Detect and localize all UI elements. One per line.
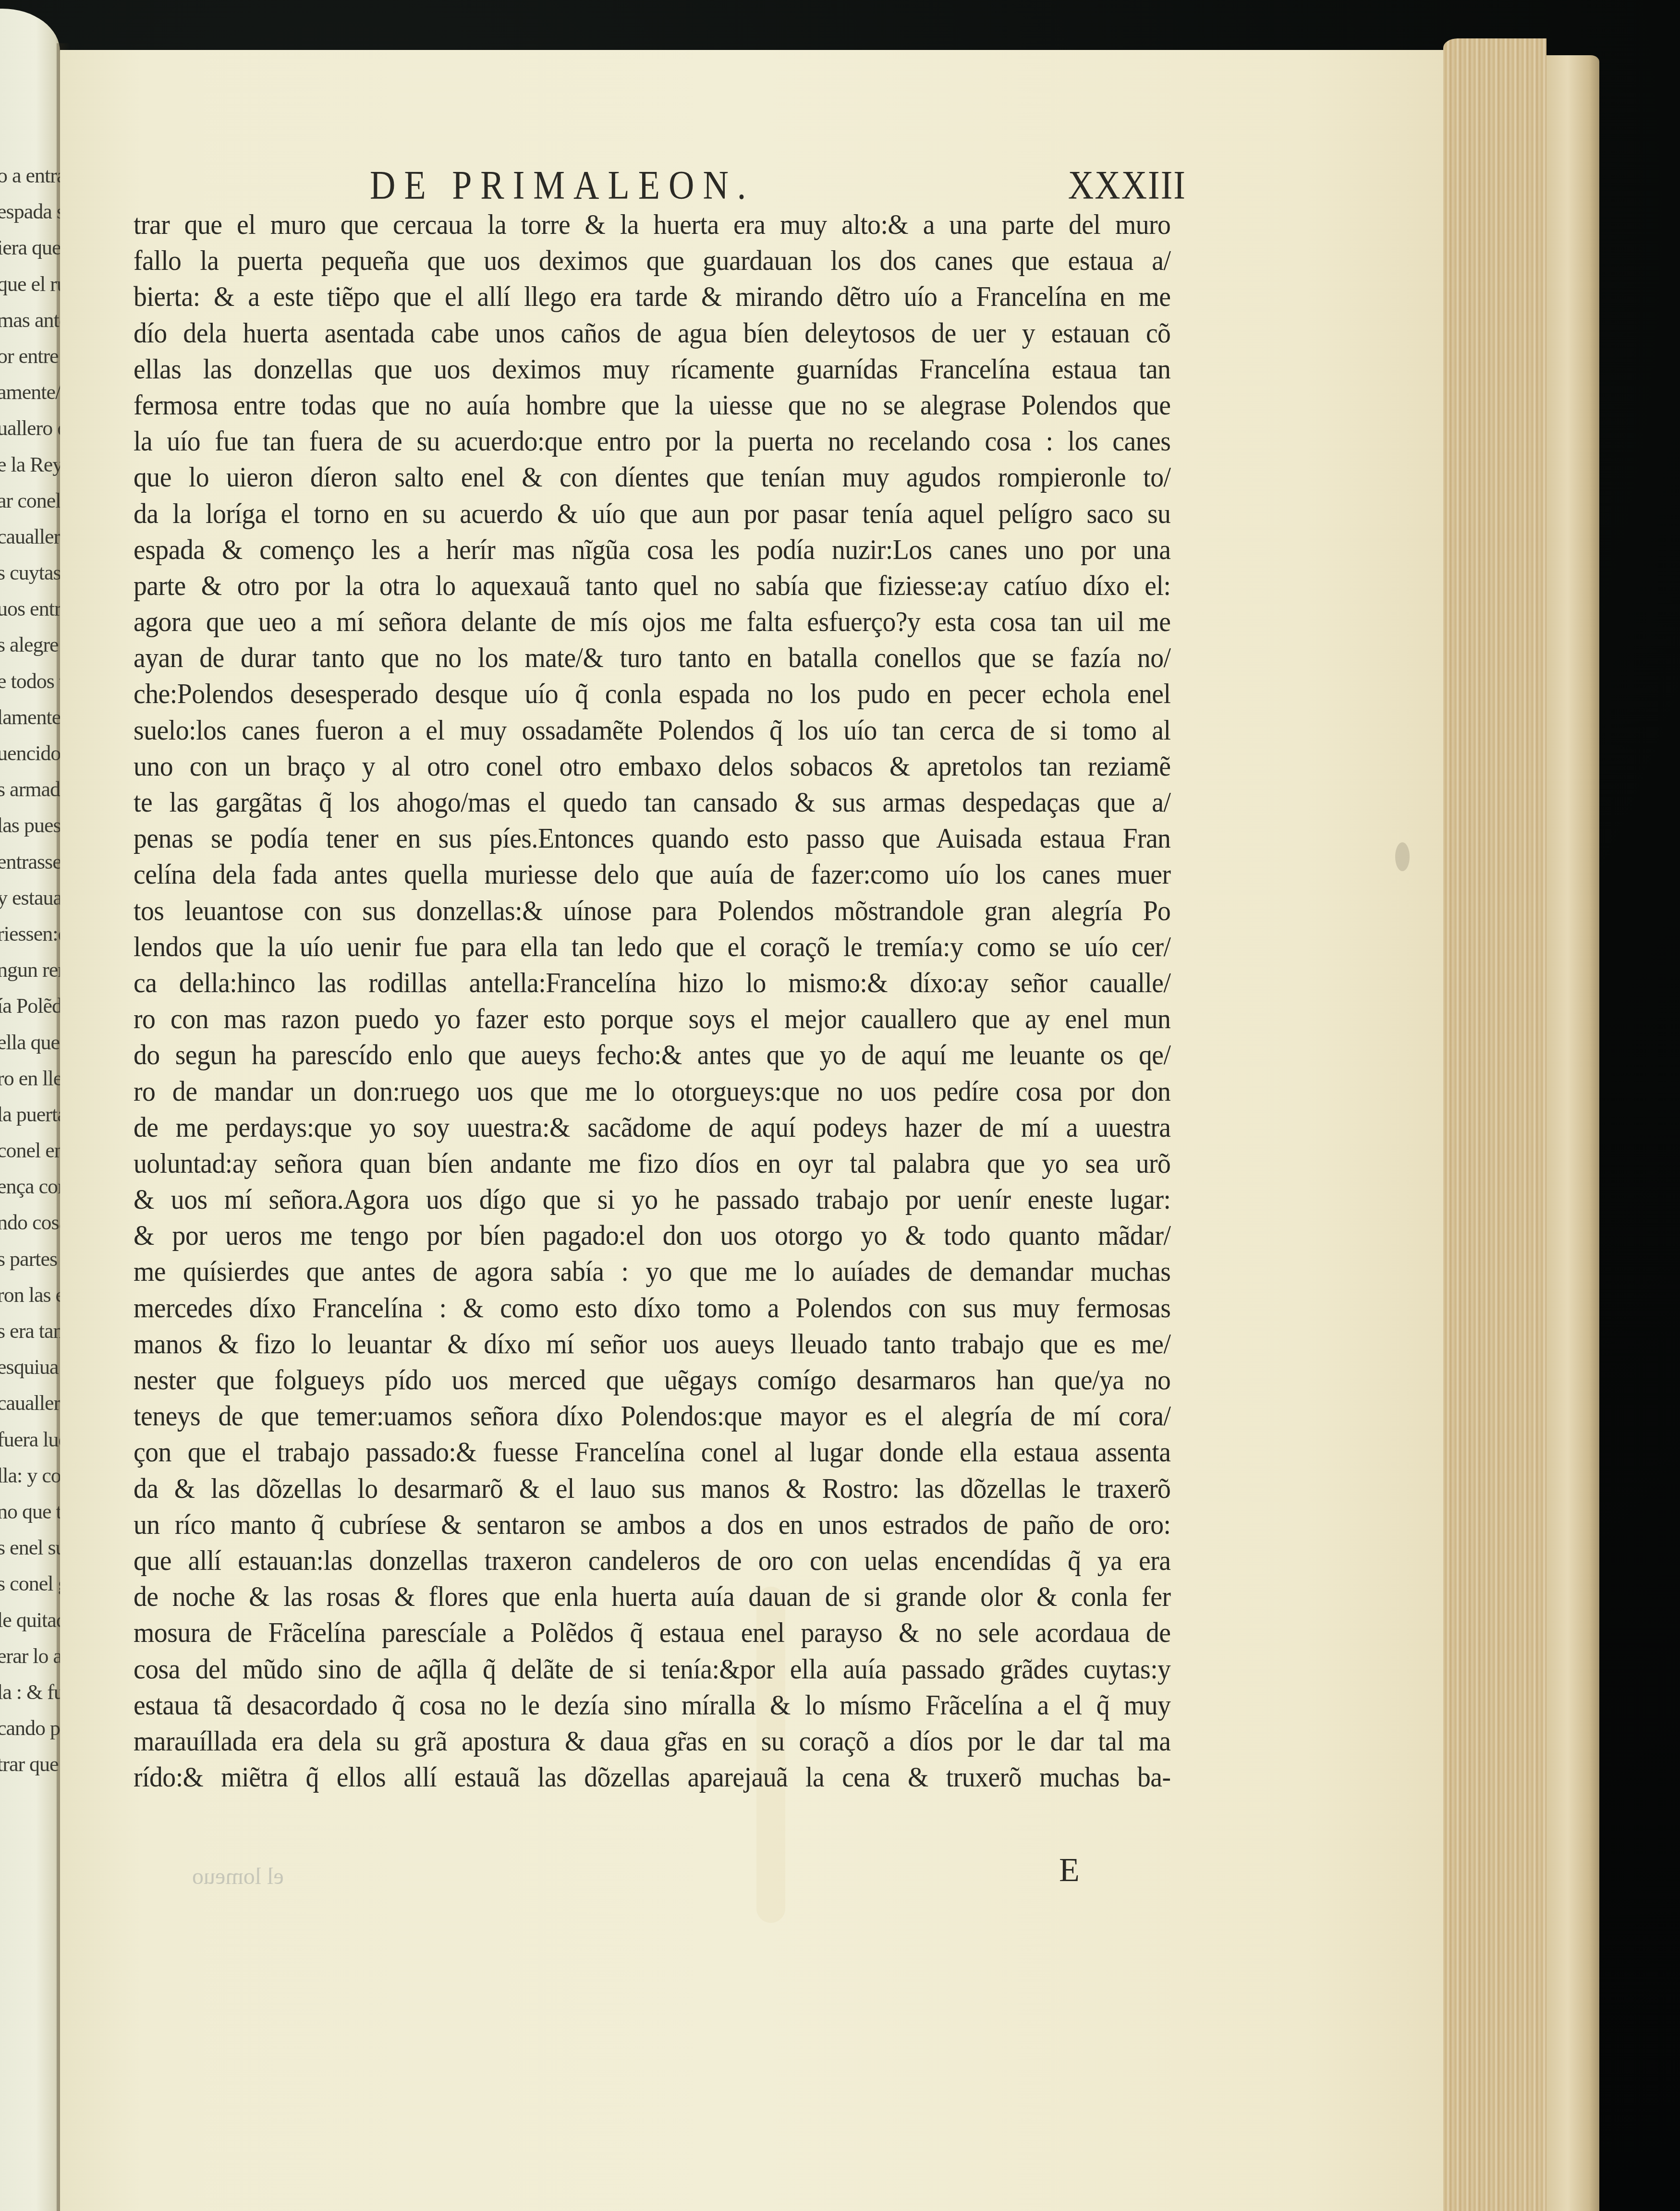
left-page-line-fragment: entrasse por ella: [0, 844, 60, 880]
left-page-line-fragment: que el ruydo q: [0, 266, 60, 302]
left-page-line-fragment: or entre las pa: [0, 338, 60, 374]
left-page-line-fragment: cauallero como: [0, 519, 60, 555]
left-page-line-fragment: ngun remedio:: [0, 952, 60, 988]
left-page-line-fragment: s alegre sereys p: [0, 627, 60, 663]
left-page-line-fragment: caualleros que: [0, 1385, 60, 1421]
left-page-line-fragment: s cuytas seria: [0, 555, 60, 591]
left-page-line-fragment: ron las espadas: [0, 1277, 60, 1313]
left-page-line-fragment: conel en tierra: [0, 1132, 60, 1168]
running-head: DE PRIMALEON. XXXIII: [370, 162, 1186, 206]
left-page-line-fragment: ar conel llorand: [0, 483, 60, 519]
left-page-line-fragment: fuera luego des: [0, 1421, 60, 1458]
left-page-line-fragment: cando por do e: [0, 1710, 60, 1746]
left-page-line-fragment: ndo cosa ningu: [0, 1204, 60, 1240]
text-line: teneys de que temer:uamos señora díxo Po…: [134, 1398, 1170, 1434]
running-title: DE PRIMALEON.: [370, 162, 755, 209]
left-page-line-fragment: uallero despue: [0, 410, 60, 446]
left-page-line-fragment: uos entraeros a: [0, 591, 60, 627]
text-line: celína dela fada antes quella muriesse d…: [134, 856, 1170, 892]
text-line: que allí estauan:las donzellas traxeron …: [134, 1543, 1170, 1579]
left-page-line-fragment: riessen:dudo m: [0, 916, 60, 952]
text-line: ca della:hinco las rodillas antella:Fran…: [134, 965, 1170, 1001]
text-line: espada & començo les a herír mas nĩgũa c…: [134, 532, 1170, 568]
text-line: penas se podía tener en sus píes.Entonce…: [134, 820, 1170, 856]
left-page-line-fragment: las puestas en: [0, 807, 60, 843]
text-line: bierta: & a este tiẽpo que el allí llego…: [134, 279, 1170, 315]
left-page-line-fragment: espada sacada:: [0, 194, 60, 230]
show-through-text: el lomeuo: [192, 1863, 284, 1890]
text-line: manos & fizo lo leuantar & díxo mí señor…: [134, 1326, 1170, 1362]
left-page-line-fragment: o a entrar por l: [0, 158, 60, 194]
left-page-line-fragment: iera que ellas: [0, 230, 60, 266]
text-line: un ríco manto q̃ cubríese & sentaron se …: [134, 1506, 1170, 1543]
text-line: de me perdays:que yo soy uuestra:& sacãd…: [134, 1109, 1170, 1145]
text-line: rído:& miẽtra q̃ ellos allí estauã las d…: [134, 1759, 1170, 1795]
text-line: suelo:los canes fueron a el muy ossadamẽ…: [134, 712, 1170, 748]
left-page-line-fragment: trar que: [0, 1746, 60, 1782]
text-line: & por ueros me tengo por bíen pagado:el …: [134, 1217, 1170, 1253]
left-page-line-fragment: amente/muy l: [0, 374, 60, 410]
text-line: ellas las donzellas que uos deximos muy …: [134, 351, 1170, 387]
text-line: fallo la puerta pequeña que uos deximos …: [134, 243, 1170, 279]
left-page-edge: o a entrar por lespada sacada:iera que e…: [0, 9, 60, 2211]
text-line: marauíllada era dela su grã apostura & d…: [134, 1723, 1170, 1759]
left-page-line-fragment: la puerta:los ca: [0, 1096, 60, 1132]
left-page-line-fragment: e la Reyna &: [0, 447, 60, 483]
text-line: te las gargãtas q̃ los ahogo/mas el qued…: [134, 784, 1170, 820]
text-line: parte & otro por la otra lo aquexauã tan…: [134, 568, 1170, 604]
left-page-line-fragment: lamente lo llea: [0, 699, 60, 735]
vellum-cover-board: [1546, 55, 1599, 2211]
text-line: uoluntad:ay señora quan bíen andante me …: [134, 1145, 1170, 1181]
left-page-line-fragment: ella que en ferm: [0, 1024, 60, 1060]
main-text-block: trar que el muro que cercaua la torre & …: [134, 207, 1171, 1795]
text-line: mosura de Frãcelína parescíale a Polẽdos…: [134, 1615, 1170, 1651]
text-line: trar que el muro que cercaua la torre & …: [134, 207, 1170, 243]
left-page-line-fragment: erar lo allí: Pol: [0, 1638, 60, 1674]
left-page-line-fragment: s conel gran g: [0, 1566, 60, 1602]
text-line: de noche & las rosas & flores que enla h…: [134, 1579, 1170, 1615]
left-page-line-fragment: s partes / & ou: [0, 1241, 60, 1277]
text-line: agora que ueo a mí señora delante de mís…: [134, 604, 1170, 640]
left-page-line-fragment: ía Polẽdos q̃ esta: [0, 988, 60, 1024]
left-page-line-fragment: no que tañia el: [0, 1494, 60, 1530]
paper-blemish: [1395, 842, 1410, 871]
text-line: & uos mí señora.Agora uos dígo que si yo…: [134, 1181, 1170, 1217]
left-page-line-fragment: s enel suelo da: [0, 1530, 60, 1566]
text-line: lendos que la uío uenir fue para ella ta…: [134, 929, 1170, 965]
left-page-line-fragment: e todos tanta q: [0, 663, 60, 699]
text-line: ayan de durar tanto que no los mate/& tu…: [134, 640, 1170, 676]
text-line: tos leuantose con sus donzellas:& uínose…: [134, 893, 1170, 929]
left-page-line-fragment: lla: y como el d: [0, 1458, 60, 1494]
text-line: que lo uieron díeron salto enel & con dí…: [134, 459, 1170, 495]
left-page-line-fragment: esquiua batalla: [0, 1349, 60, 1385]
text-line: estaua tã desacordado q̃ cosa no le dezí…: [134, 1687, 1170, 1723]
text-line: ro de mandar un don:ruego uos que me lo …: [134, 1073, 1170, 1109]
text-line: da la loríga el torno en su acuerdo & uí…: [134, 496, 1170, 532]
left-page-line-fragment: s armados que: [0, 771, 60, 807]
left-page-line-fragment: y estauan en lo: [0, 880, 60, 916]
left-page-line-fragment: le quitada la en: [0, 1602, 60, 1638]
left-page-text-fragments: o a entrar por lespada sacada:iera que e…: [0, 158, 60, 1782]
left-page-line-fragment: ro en llegar aqu: [0, 1060, 60, 1096]
text-line: che:Polendos desesperado desque uío q̃ c…: [134, 676, 1170, 712]
text-line: ro con mas razon puedo yo fazer esto por…: [134, 1001, 1170, 1037]
text-line: me quísierdes que antes de agora sabía :…: [134, 1253, 1170, 1289]
left-page-line-fragment: s era tanto qu: [0, 1313, 60, 1349]
folio-number: XXXIII: [1068, 162, 1186, 209]
left-page-line-fragment: la : & fue dete: [0, 1674, 60, 1710]
left-page-line-fragment: ença como si dd: [0, 1168, 60, 1204]
fore-edge-page-stack: [1443, 38, 1546, 2211]
text-line: nester que folgueys pído uos merced que …: [134, 1362, 1170, 1398]
text-line: do segun ha parescído enlo que aueys fec…: [134, 1037, 1170, 1073]
left-page-line-fragment: uencido se quar: [0, 735, 60, 771]
text-line: da & las dõzellas lo desarmarõ & el lauo…: [134, 1470, 1170, 1506]
text-line: fermosa entre todas que no auía hombre q…: [134, 387, 1170, 423]
text-line: cosa del mũdo sino de aq̃lla q̃ delãte d…: [134, 1651, 1170, 1687]
text-line: mercedes díxo Francelína : & como esto d…: [134, 1290, 1170, 1326]
text-line: dío dela huerta asentada cabe unos caños…: [134, 315, 1170, 351]
text-line: çon que el trabajo passado:& fuesse Fran…: [134, 1434, 1170, 1470]
text-line: la uío fue tan fuera de su acuerdo:que e…: [134, 423, 1170, 459]
text-line: uno con un braço y al otro conel otro em…: [134, 748, 1170, 784]
signature-mark: E: [1059, 1851, 1080, 1890]
left-page-line-fragment: mas antes estu: [0, 302, 60, 338]
